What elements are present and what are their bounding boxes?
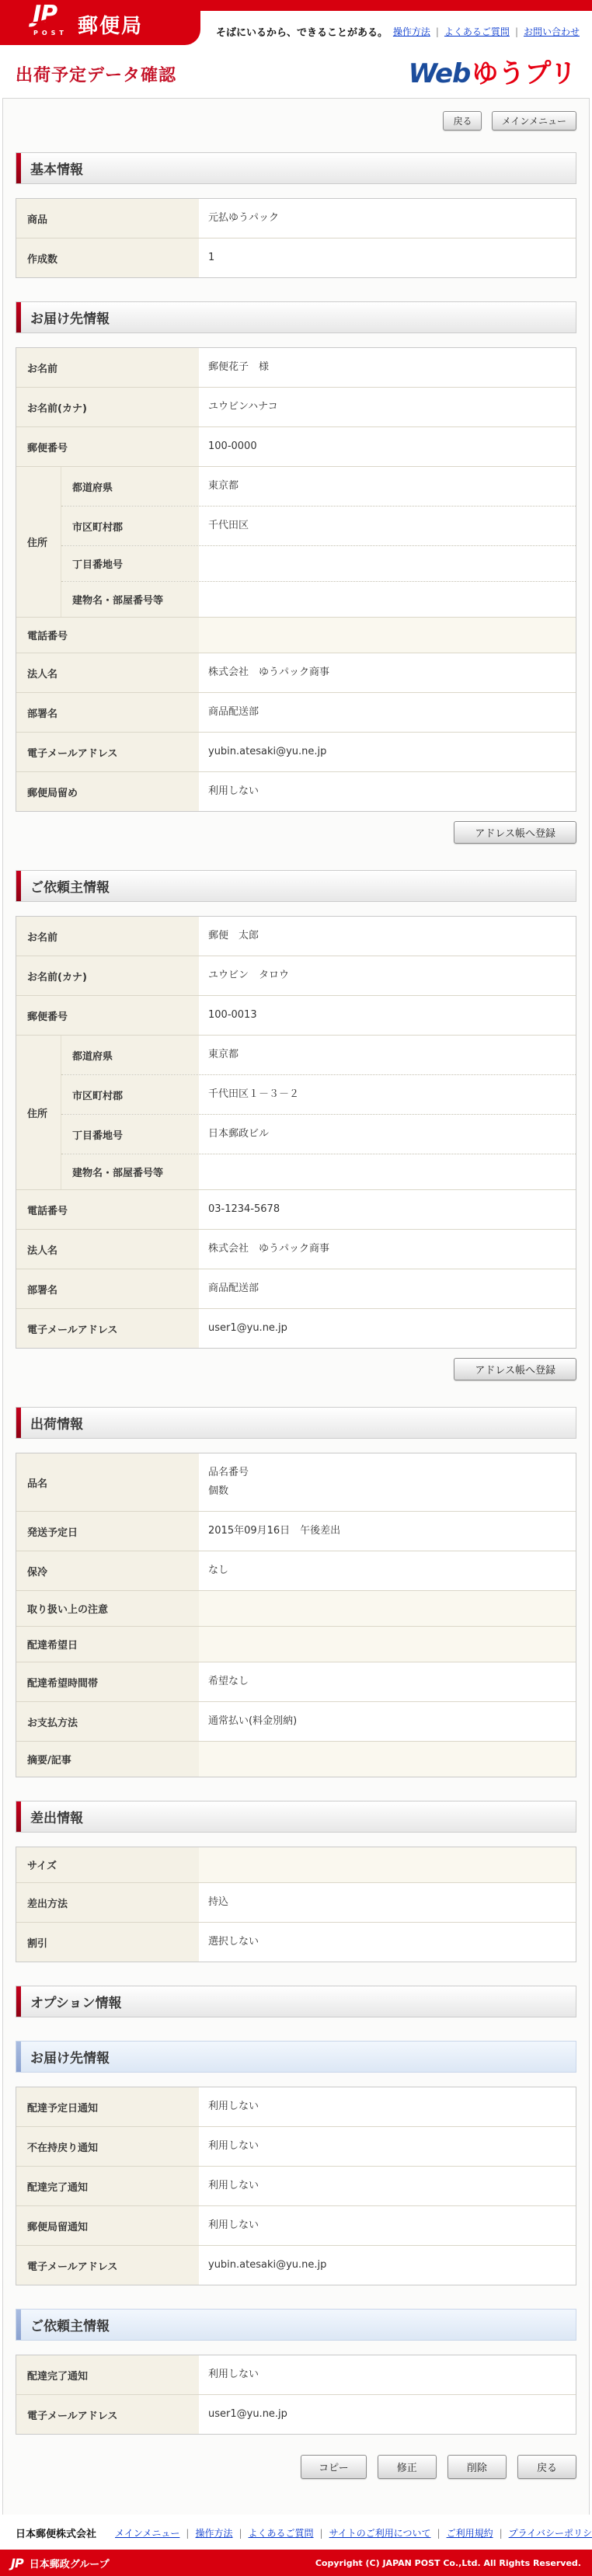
row-value-text: 利用しない xyxy=(208,782,566,801)
web-yupri-logo: Webゆうプリ xyxy=(409,61,576,87)
row-label: 郵便番号 xyxy=(16,427,199,466)
info-table-options-recipient: 配達予定日通知利用しない不在持戻り通知利用しない配達完了通知利用しない郵便局留通… xyxy=(16,2087,576,2285)
row-label: 部署名 xyxy=(16,1269,199,1308)
section-header-options-recipient: お届け先情報 xyxy=(16,2041,576,2073)
table-row: 発送予定日2015年09月16日 午後差出 xyxy=(16,1511,576,1551)
row-value-text: ユウビン タロウ xyxy=(208,966,566,985)
footer-group-name: 日本郵政グループ xyxy=(30,2556,110,2571)
brand-tagline: そばにいるから、できることがある。 xyxy=(216,24,388,39)
table-row: お名前郵便 太郎 xyxy=(16,917,576,956)
row-value-text: 利用しない xyxy=(208,2097,566,2116)
row-label: お名前 xyxy=(16,917,199,956)
table-row: 割引選択しない xyxy=(16,1922,576,1962)
section-title: ご依頼主情報 xyxy=(30,2319,110,2334)
row-value-text: 100-0013 xyxy=(208,1006,566,1025)
row-label: 郵便局留通知 xyxy=(16,2206,199,2245)
title-bar: 出荷予定データ確認 Webゆうプリ xyxy=(0,45,592,98)
row-value: 100-0013 xyxy=(199,996,576,1035)
nav-link-how-to[interactable]: 操作方法 xyxy=(393,26,430,37)
row-value-text: 商品配送部 xyxy=(208,703,566,722)
row-label: 発送予定日 xyxy=(16,1512,199,1551)
address-group-row: 住所都道府県東京都市区町村郡千代田区丁目番地号建物名・部屋番号等 xyxy=(16,466,576,617)
table-row: 電子メールアドレスyubin.atesaki@yu.ne.jp xyxy=(16,732,576,771)
row-label: 差出方法 xyxy=(16,1883,199,1922)
row-value-text: user1@yu.ne.jp xyxy=(208,2405,566,2424)
row-value-text: 東京都 xyxy=(208,1046,566,1064)
row-label: 法人名 xyxy=(16,1230,199,1269)
row-value-text: 個数 xyxy=(208,1482,566,1501)
address-group-row: 住所都道府県東京都市区町村郡千代田区１－３－２丁目番地号日本郵政ビル建物名・部屋… xyxy=(16,1035,576,1189)
table-row: 電話番号03-1234-5678 xyxy=(16,1189,576,1229)
top-toolbar: 戻る メインメニュー xyxy=(16,111,576,131)
group-label: 住所 xyxy=(16,467,61,617)
section-title: ご依頼主情報 xyxy=(30,880,110,896)
table-sub-row: 都道府県東京都 xyxy=(61,1036,576,1074)
row-value: 希望なし xyxy=(199,1662,576,1701)
row-value-text: 東京都 xyxy=(208,477,566,496)
table-row: 郵便番号100-0000 xyxy=(16,426,576,466)
row-value-text: 1 xyxy=(208,249,566,267)
table-row: 取り扱い上の注意 xyxy=(16,1590,576,1626)
row-label: お名前 xyxy=(16,348,199,387)
row-value xyxy=(199,546,576,581)
edit-button[interactable]: 修正 xyxy=(378,2455,437,2479)
footer-link-faq[interactable]: よくあるご質問 xyxy=(249,2526,314,2539)
footer-separator: | xyxy=(500,2528,503,2539)
table-action-row: アドレス帳へ登録 xyxy=(16,1358,576,1380)
address-group-body: 都道府県東京都市区町村郡千代田区丁目番地号建物名・部屋番号等 xyxy=(61,467,576,617)
row-value: 株式会社 ゆうパック商事 xyxy=(199,1230,576,1269)
row-value: 東京都 xyxy=(199,467,576,506)
table-row: 部署名商品配送部 xyxy=(16,1269,576,1308)
section-header-basic: 基本情報 xyxy=(16,152,576,184)
footer-jp-logo-icon: JP xyxy=(11,2556,23,2571)
table-row: 電子メールアドレスuser1@yu.ne.jp xyxy=(16,1308,576,1348)
row-value: 千代田区 xyxy=(199,506,576,545)
table-row: 品名品名番号個数 xyxy=(16,1453,576,1511)
row-label: 取り扱い上の注意 xyxy=(16,1591,199,1626)
table-row: 部署名商品配送部 xyxy=(16,692,576,732)
row-value-text: 利用しない xyxy=(208,2365,566,2384)
row-value xyxy=(199,618,576,653)
row-value-text: 元払ゆうパック xyxy=(208,209,566,228)
table-sub-row: 建物名・部屋番号等 xyxy=(61,581,576,617)
info-table-recipient: お名前郵便花子 様お名前(カナ)ユウビンハナコ郵便番号100-0000住所都道府… xyxy=(16,347,576,812)
row-label: 保冷 xyxy=(16,1551,199,1590)
row-value-text: 日本郵政ビル xyxy=(208,1125,566,1144)
table-row: 不在持戻り通知利用しない xyxy=(16,2126,576,2166)
sections-container: 基本情報商品元払ゆうパック作成数1お届け先情報お名前郵便花子 様お名前(カナ)ユ… xyxy=(16,152,576,2435)
table-sub-row: 丁目番地号 xyxy=(61,545,576,581)
row-label: 郵便番号 xyxy=(16,996,199,1035)
web-yupri-logo-web: Web xyxy=(409,58,471,89)
section-header-options: オプション情報 xyxy=(16,1986,576,2017)
row-value: 郵便 太郎 xyxy=(199,917,576,956)
bottom-buttons: コピー 修正 削除 戻る xyxy=(16,2455,576,2479)
row-label: 電子メールアドレス xyxy=(16,2395,199,2434)
back-button[interactable]: 戻る xyxy=(443,111,482,131)
row-value: 2015年09月16日 午後差出 xyxy=(199,1512,576,1551)
row-label: 配達完了通知 xyxy=(16,2167,199,2205)
table-sub-row: 丁目番地号日本郵政ビル xyxy=(61,1114,576,1154)
table-row: 郵便局留通知利用しない xyxy=(16,2205,576,2245)
row-value: ユウビン タロウ xyxy=(199,956,576,995)
row-value: なし xyxy=(199,1551,576,1590)
row-label: 都道府県 xyxy=(61,467,199,506)
footer-links: 日本郵便株式会社 メインメニュー| 操作方法| よくあるご質問| サイトのご利用… xyxy=(0,2515,592,2550)
row-label: 商品 xyxy=(16,199,199,238)
row-label: 建物名・部屋番号等 xyxy=(61,582,199,617)
row-value-text: yubin.atesaki@yu.ne.jp xyxy=(208,2256,566,2275)
row-label: 法人名 xyxy=(16,653,199,692)
row-label: 品名 xyxy=(16,1453,199,1511)
nav-separator: | xyxy=(436,26,439,37)
row-label: 配達希望日 xyxy=(16,1627,199,1662)
footer-copyright: Copyright (C) JAPAN POST Co.,Ltd. All Ri… xyxy=(315,2558,581,2568)
section-header-dispatch: 差出情報 xyxy=(16,1801,576,1833)
footer-group: JP 日本郵政グループ xyxy=(11,2556,110,2571)
row-value: 元払ゆうパック xyxy=(199,199,576,238)
row-value-text: 郵便花子 様 xyxy=(208,358,566,377)
info-table-options-sender: 配達完了通知利用しない電子メールアドレスuser1@yu.ne.jp xyxy=(16,2355,576,2435)
row-label: 電子メールアドレス xyxy=(16,733,199,771)
table-row: 配達完了通知利用しない xyxy=(16,2355,576,2394)
section-title: 出荷情報 xyxy=(30,1417,83,1432)
row-value-text: 2015年09月16日 午後差出 xyxy=(208,1522,566,1540)
row-value-text: なし xyxy=(208,1561,566,1580)
section-header-sender: ご依頼主情報 xyxy=(16,870,576,902)
info-table-shipping: 品名品名番号個数発送予定日2015年09月16日 午後差出保冷なし取り扱い上の注… xyxy=(16,1453,576,1777)
table-row: サイズ xyxy=(16,1847,576,1882)
nav-link-faq[interactable]: よくあるご質問 xyxy=(444,26,510,37)
row-value: 通常払い(料金別納) xyxy=(199,1702,576,1741)
row-label: 配達予定日通知 xyxy=(16,2087,199,2126)
table-row: 配達希望日 xyxy=(16,1626,576,1662)
table-row: 郵便番号100-0013 xyxy=(16,995,576,1035)
row-label: 配達希望時間帯 xyxy=(16,1662,199,1701)
table-row: 法人名株式会社 ゆうパック商事 xyxy=(16,1229,576,1269)
table-row: お支払方法通常払い(料金別納) xyxy=(16,1701,576,1741)
table-row: 電話番号 xyxy=(16,617,576,653)
copy-button[interactable]: コピー xyxy=(301,2455,366,2479)
table-row: お名前(カナ)ユウビンハナコ xyxy=(16,387,576,426)
delete-button[interactable]: 削除 xyxy=(447,2455,507,2479)
address-group-body: 都道府県東京都市区町村郡千代田区１－３－２丁目番地号日本郵政ビル建物名・部屋番号… xyxy=(61,1036,576,1189)
table-row: 商品元払ゆうパック xyxy=(16,199,576,238)
row-value: yubin.atesaki@yu.ne.jp xyxy=(199,2246,576,2285)
section-title: お届け先情報 xyxy=(30,312,110,327)
footer-link-site-usage[interactable]: サイトのご利用について xyxy=(329,2526,431,2539)
section-header-shipping: 出荷情報 xyxy=(16,1407,576,1439)
row-value xyxy=(199,582,576,617)
row-value xyxy=(199,1742,576,1777)
brand-name: 郵便局 xyxy=(78,10,143,39)
row-label: お支払方法 xyxy=(16,1702,199,1741)
table-action-row: アドレス帳へ登録 xyxy=(16,821,576,844)
info-table-sender: お名前郵便 太郎お名前(カナ)ユウビン タロウ郵便番号100-0013住所都道府… xyxy=(16,916,576,1349)
table-row: 保冷なし xyxy=(16,1551,576,1590)
section-title: 差出情報 xyxy=(30,1811,83,1826)
row-value: user1@yu.ne.jp xyxy=(199,1309,576,1348)
row-label: 作成数 xyxy=(16,238,199,277)
row-value: 商品配送部 xyxy=(199,693,576,732)
row-value-text: 希望なし xyxy=(208,1673,566,1691)
row-label: 市区町村郡 xyxy=(61,1075,199,1114)
section-header-recipient: お届け先情報 xyxy=(16,301,576,333)
footer-bar: JP 日本郵政グループ Copyright (C) JAPAN POST Co.… xyxy=(0,2550,592,2576)
row-value-text: 03-1234-5678 xyxy=(208,1200,566,1219)
row-label: 不在持戻り通知 xyxy=(16,2127,199,2166)
table-sub-row: 建物名・部屋番号等 xyxy=(61,1154,576,1189)
row-value: 03-1234-5678 xyxy=(199,1190,576,1229)
row-value xyxy=(199,1627,576,1662)
table-row: 配達予定日通知利用しない xyxy=(16,2087,576,2126)
row-label: 摘要/記事 xyxy=(16,1742,199,1777)
footer-separator: | xyxy=(437,2528,441,2539)
row-label: サイズ xyxy=(16,1847,199,1882)
info-table-basic: 商品元払ゆうパック作成数1 xyxy=(16,198,576,278)
row-value-text: user1@yu.ne.jp xyxy=(208,1319,566,1338)
row-label: 割引 xyxy=(16,1923,199,1962)
row-value: 100-0000 xyxy=(199,427,576,466)
row-label: 電話番号 xyxy=(16,1190,199,1229)
footer-separator: | xyxy=(239,2528,242,2539)
row-value: 商品配送部 xyxy=(199,1269,576,1308)
table-row: 法人名株式会社 ゆうパック商事 xyxy=(16,653,576,692)
row-value-text: 郵便 太郎 xyxy=(208,927,566,945)
row-value-text: 千代田区１－３－２ xyxy=(208,1085,566,1104)
row-value: user1@yu.ne.jp xyxy=(199,2395,576,2434)
footer-link-main-menu[interactable]: メインメニュー xyxy=(115,2526,179,2539)
row-value: 利用しない xyxy=(199,772,576,811)
row-label: 丁目番地号 xyxy=(61,546,199,581)
section-title: 基本情報 xyxy=(30,162,83,178)
row-value: 持込 xyxy=(199,1883,576,1922)
row-value: 選択しない xyxy=(199,1923,576,1962)
table-row: 電子メールアドレスyubin.atesaki@yu.ne.jp xyxy=(16,2245,576,2285)
main-menu-button[interactable]: メインメニュー xyxy=(492,111,576,131)
row-value-text: 通常払い(料金別納) xyxy=(208,1712,566,1731)
row-value-text: 商品配送部 xyxy=(208,1279,566,1298)
row-label: 郵便局留め xyxy=(16,772,199,811)
table-row: 作成数1 xyxy=(16,238,576,277)
table-sub-row: 市区町村郡千代田区 xyxy=(61,506,576,545)
row-value: 東京都 xyxy=(199,1036,576,1074)
row-value-text: yubin.atesaki@yu.ne.jp xyxy=(208,743,566,761)
row-value: 利用しない xyxy=(199,2355,576,2394)
site-header: JP POST 郵便局 そばにいるから、できることがある。 操作方法|よくあるご… xyxy=(0,0,592,45)
row-value: 利用しない xyxy=(199,2087,576,2126)
footer-link-how-to[interactable]: 操作方法 xyxy=(195,2526,232,2539)
row-label: 電話番号 xyxy=(16,618,199,653)
row-value: 郵便花子 様 xyxy=(199,348,576,387)
jp-logo-post-text: POST xyxy=(33,30,68,37)
row-value: 利用しない xyxy=(199,2206,576,2245)
row-label: 配達完了通知 xyxy=(16,2355,199,2394)
footer-link-terms[interactable]: ご利用規約 xyxy=(447,2526,493,2539)
row-value: 利用しない xyxy=(199,2167,576,2205)
nav-separator: | xyxy=(515,26,518,37)
register-address-button[interactable]: アドレス帳へ登録 xyxy=(454,821,576,844)
row-value xyxy=(199,1154,576,1189)
row-label: 丁目番地号 xyxy=(61,1115,199,1154)
row-value: 株式会社 ゆうパック商事 xyxy=(199,653,576,692)
table-row: 配達希望時間帯希望なし xyxy=(16,1662,576,1701)
return-button[interactable]: 戻る xyxy=(517,2455,576,2479)
footer-separator: | xyxy=(320,2528,323,2539)
row-label: 市区町村郡 xyxy=(61,506,199,545)
row-value-text: 持込 xyxy=(208,1893,566,1912)
row-label: 部署名 xyxy=(16,693,199,732)
table-row: 摘要/記事 xyxy=(16,1741,576,1777)
jp-post-logo: JP POST 郵便局 xyxy=(0,0,200,45)
group-label: 住所 xyxy=(16,1036,61,1189)
row-value-text: 選択しない xyxy=(208,1933,566,1951)
register-address-button[interactable]: アドレス帳へ登録 xyxy=(454,1358,576,1380)
row-value xyxy=(199,1847,576,1882)
row-label: 都道府県 xyxy=(61,1036,199,1074)
table-row: お名前(カナ)ユウビン タロウ xyxy=(16,956,576,995)
table-row: 電子メールアドレスuser1@yu.ne.jp xyxy=(16,2394,576,2434)
web-yupri-logo-yupri: ゆうプリ xyxy=(472,58,576,89)
footer-link-privacy[interactable]: プライバシーポリシー xyxy=(509,2526,592,2539)
table-sub-row: 市区町村郡千代田区１－３－２ xyxy=(61,1074,576,1114)
main-content: 戻る メインメニュー 基本情報商品元払ゆうパック作成数1お届け先情報お名前郵便花… xyxy=(2,98,590,2515)
row-value: 千代田区１－３－２ xyxy=(199,1075,576,1114)
top-nav: 操作方法|よくあるご質問|お問い合わせ xyxy=(393,25,580,38)
row-value: yubin.atesaki@yu.ne.jp xyxy=(199,733,576,771)
section-title: オプション情報 xyxy=(30,1996,121,2011)
row-value-text: 100-0000 xyxy=(208,437,566,456)
row-label: 電子メールアドレス xyxy=(16,2246,199,2285)
row-value-text: 利用しない xyxy=(208,2177,566,2195)
info-table-dispatch: サイズ差出方法持込割引選択しない xyxy=(16,1847,576,1962)
table-row: 差出方法持込 xyxy=(16,1882,576,1922)
row-value: 日本郵政ビル xyxy=(199,1115,576,1154)
row-value: ユウビンハナコ xyxy=(199,388,576,426)
row-value xyxy=(199,1591,576,1626)
page-title: 出荷予定データ確認 xyxy=(16,62,176,86)
section-title: お届け先情報 xyxy=(30,2051,110,2066)
row-value-text: 株式会社 ゆうパック商事 xyxy=(208,1240,566,1258)
row-value-text: 株式会社 ゆうパック商事 xyxy=(208,663,566,682)
row-value-text: 利用しない xyxy=(208,2137,566,2156)
section-header-options-sender: ご依頼主情報 xyxy=(16,2309,576,2341)
row-label: お名前(カナ) xyxy=(16,956,199,995)
table-sub-row: 都道府県東京都 xyxy=(61,467,576,506)
row-value: 利用しない xyxy=(199,2127,576,2166)
row-label: お名前(カナ) xyxy=(16,388,199,426)
row-value-text: 品名番号 xyxy=(208,1464,566,1482)
row-value-text: ユウビンハナコ xyxy=(208,398,566,416)
page: JP POST 郵便局 そばにいるから、できることがある。 操作方法|よくあるご… xyxy=(0,0,592,2576)
table-row: 配達完了通知利用しない xyxy=(16,2166,576,2205)
row-value-text: 千代田区 xyxy=(208,517,566,535)
footer-separator: | xyxy=(186,2528,189,2539)
nav-link-contact[interactable]: お問い合わせ xyxy=(524,26,580,37)
row-value-text: 利用しない xyxy=(208,2216,566,2235)
row-value: 1 xyxy=(199,238,576,277)
footer-company: 日本郵便株式会社 xyxy=(16,2526,96,2540)
row-value: 品名番号個数 xyxy=(199,1453,576,1511)
table-row: お名前郵便花子 様 xyxy=(16,348,576,387)
table-row: 郵便局留め利用しない xyxy=(16,771,576,811)
row-label: 電子メールアドレス xyxy=(16,1309,199,1348)
row-label: 建物名・部屋番号等 xyxy=(61,1154,199,1189)
